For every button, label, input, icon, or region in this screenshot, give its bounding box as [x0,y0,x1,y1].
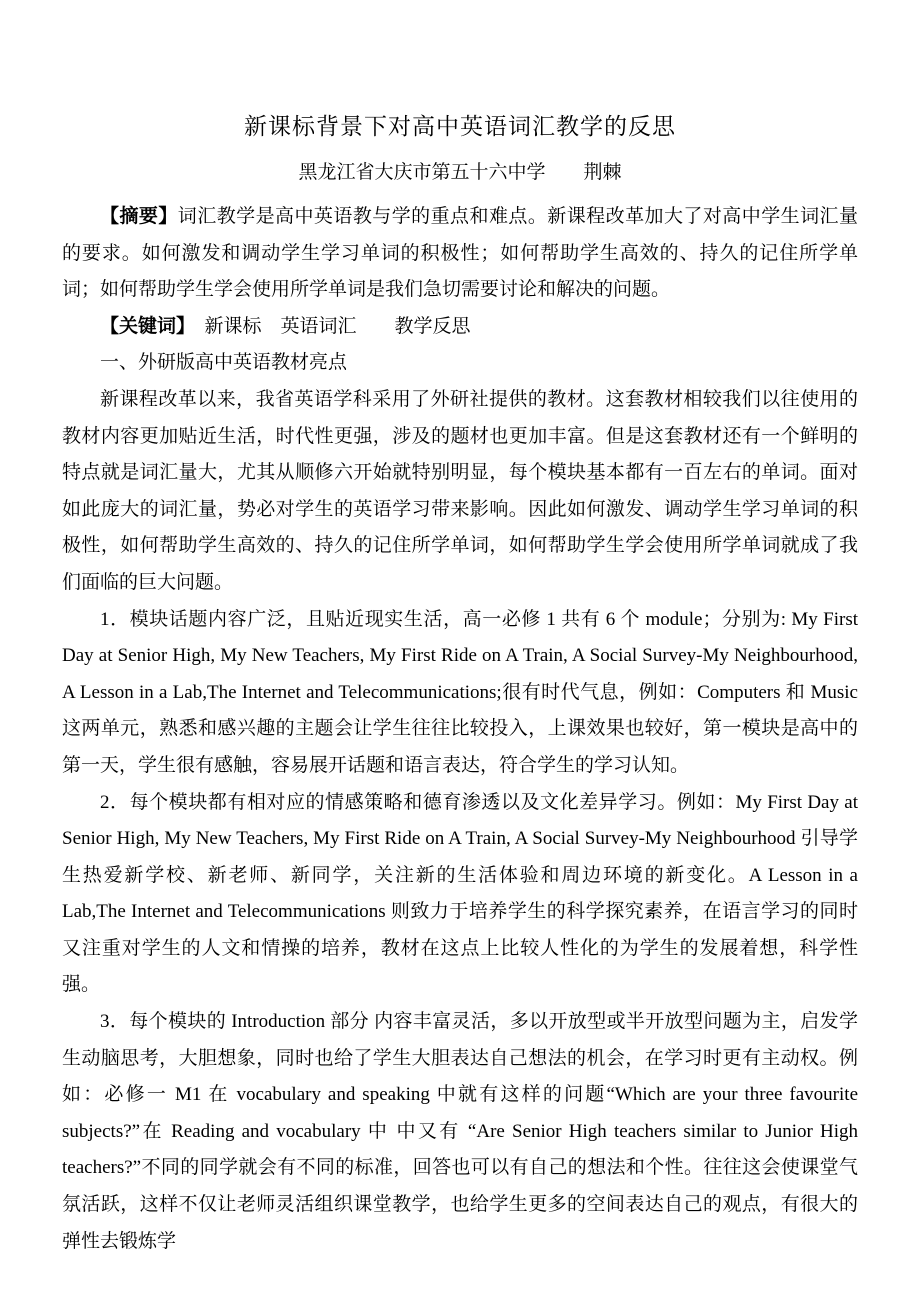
page-title: 新课标背景下对高中英语词汇教学的反思 [62,112,858,142]
abstract-paragraph: 【摘要】词汇教学是高中英语教与学的重点和难点。新课程改革加大了对高中学生词汇量的… [62,199,858,309]
numbered-item-1: 1．模块话题内容广泛，且贴近现实生活，高一必修 1 共有 6 个 module；… [62,602,858,785]
keywords-paragraph: 【关键词】 新课标 英语词汇 教学反思 [62,309,858,346]
abstract-text: 词汇教学是高中英语教与学的重点和难点。新课程改革加大了对高中学生词汇量的要求。如… [62,206,858,300]
abstract-label: 【摘要】 [100,206,178,227]
document-body: 【摘要】词汇教学是高中英语教与学的重点和难点。新课程改革加大了对高中学生词汇量的… [62,199,858,1260]
numbered-item-2: 2．每个模块都有相对应的情感策略和德育渗透以及文化差异学习。例如：My Firs… [62,785,858,1005]
numbered-item-3: 3．每个模块的 Introduction 部分 内容丰富灵活，多以开放型或半开放… [62,1004,858,1260]
keywords-label: 【关键词】 [100,316,186,337]
keywords-text: 新课标 英语词汇 教学反思 [186,316,471,337]
author-affiliation: 黑龙江省大庆市第五十六中学 [298,162,545,183]
document-page: 新课标背景下对高中英语词汇教学的反思 黑龙江省大庆市第五十六中学荆棘 【摘要】词… [0,0,920,1302]
section-heading: 一、外研版高中英语教材亮点 [62,345,858,382]
body-paragraph-1: 新课程改革以来，我省英语学科采用了外研社提供的教材。这套教材相较我们以往使用的教… [62,382,858,602]
author-name: 荆棘 [584,162,622,183]
author-byline: 黑龙江省大庆市第五十六中学荆棘 [62,159,858,187]
